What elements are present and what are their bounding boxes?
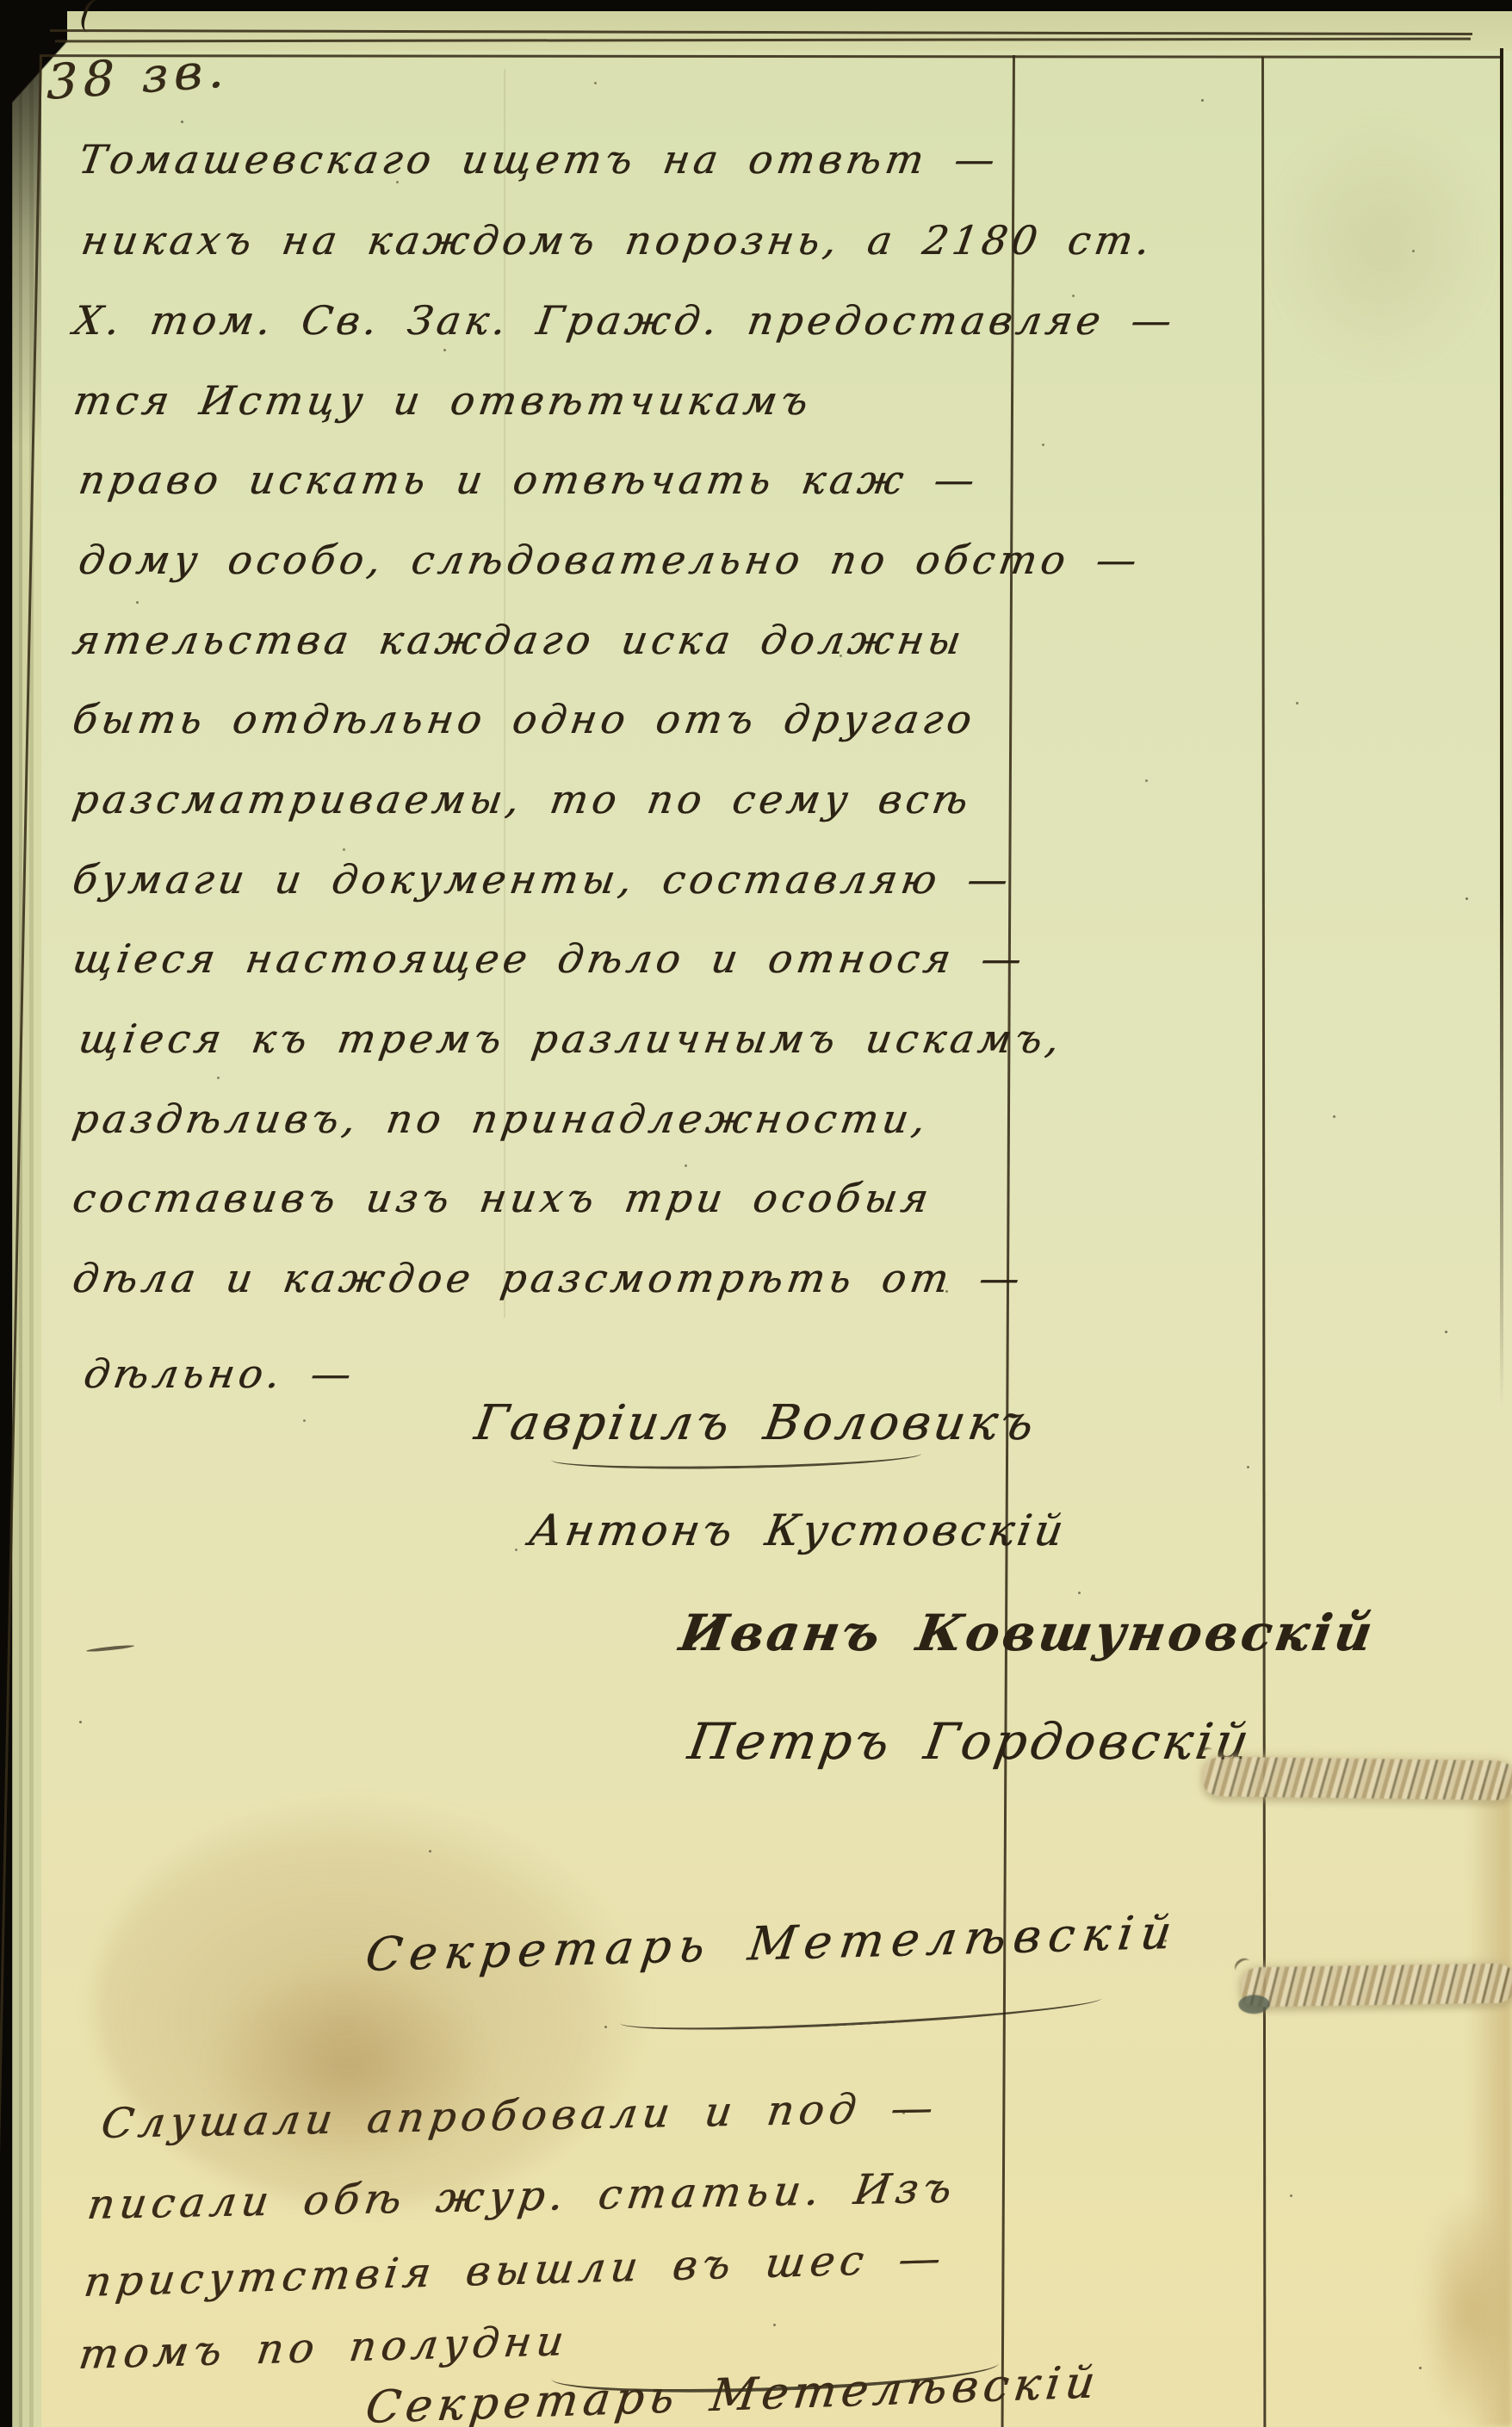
page-right-edge: [1500, 48, 1503, 1409]
text-line-13: раздѣливъ, по принадлежности,: [70, 1096, 933, 1142]
text-line-8: быть отдѣльно одно отъ другаго: [70, 696, 979, 742]
binding-thread-bottom: [1242, 1964, 1512, 2008]
text-line-1: Томашевскаго ищетъ на отвѣт —: [76, 136, 1002, 183]
text-line-2: никахъ на каждомъ порознь, а 2180 ст.: [78, 217, 1157, 264]
text-line-14: составивъ изъ нихъ три особыя: [70, 1175, 936, 1221]
text-line-4: тся Истцу и отвѣтчикамъ: [71, 377, 815, 424]
signature-2: Антонъ Кустовскій: [525, 1505, 1069, 1555]
text-line-7: ятельства каждаго иска должны: [70, 617, 969, 663]
text-line-11: щіеся настоящее дѣло и относя —: [70, 935, 1029, 982]
scan-background-top: [0, 0, 1512, 11]
text-line-16: дѣльно. —: [81, 1350, 359, 1397]
text-line-12: щіеся къ тремъ различнымъ искамъ,: [76, 1015, 1067, 1062]
paper-specks: [0, 0, 3, 3]
signature-1: Гавріилъ Воловикъ: [471, 1395, 1041, 1451]
binding-thread-top: [1204, 1756, 1512, 1800]
manuscript-page-photo: 38 зв. Томашевскаго ищетъ на отвѣт — ник…: [0, 0, 1512, 2427]
signature-4: Петръ Гордовскій: [685, 1712, 1256, 1771]
text-line-10: бумаги и документы, составляю —: [70, 856, 1016, 903]
text-line-3: Х. том. Св. Зак. Гражд. предоставляе —: [71, 297, 1180, 344]
text-line-5: право искать и отвѣчать каж —: [76, 456, 982, 503]
text-line-6: дому особо, слѣдовательно по обсто —: [76, 537, 1144, 583]
signature-3: Иванъ Ковшуновскій: [676, 1604, 1379, 1662]
text-line-15: дѣла и каждое разсмотрѣть от —: [70, 1255, 1027, 1301]
text-line-9: разсматриваемы, то по сему всѣ: [70, 776, 976, 822]
